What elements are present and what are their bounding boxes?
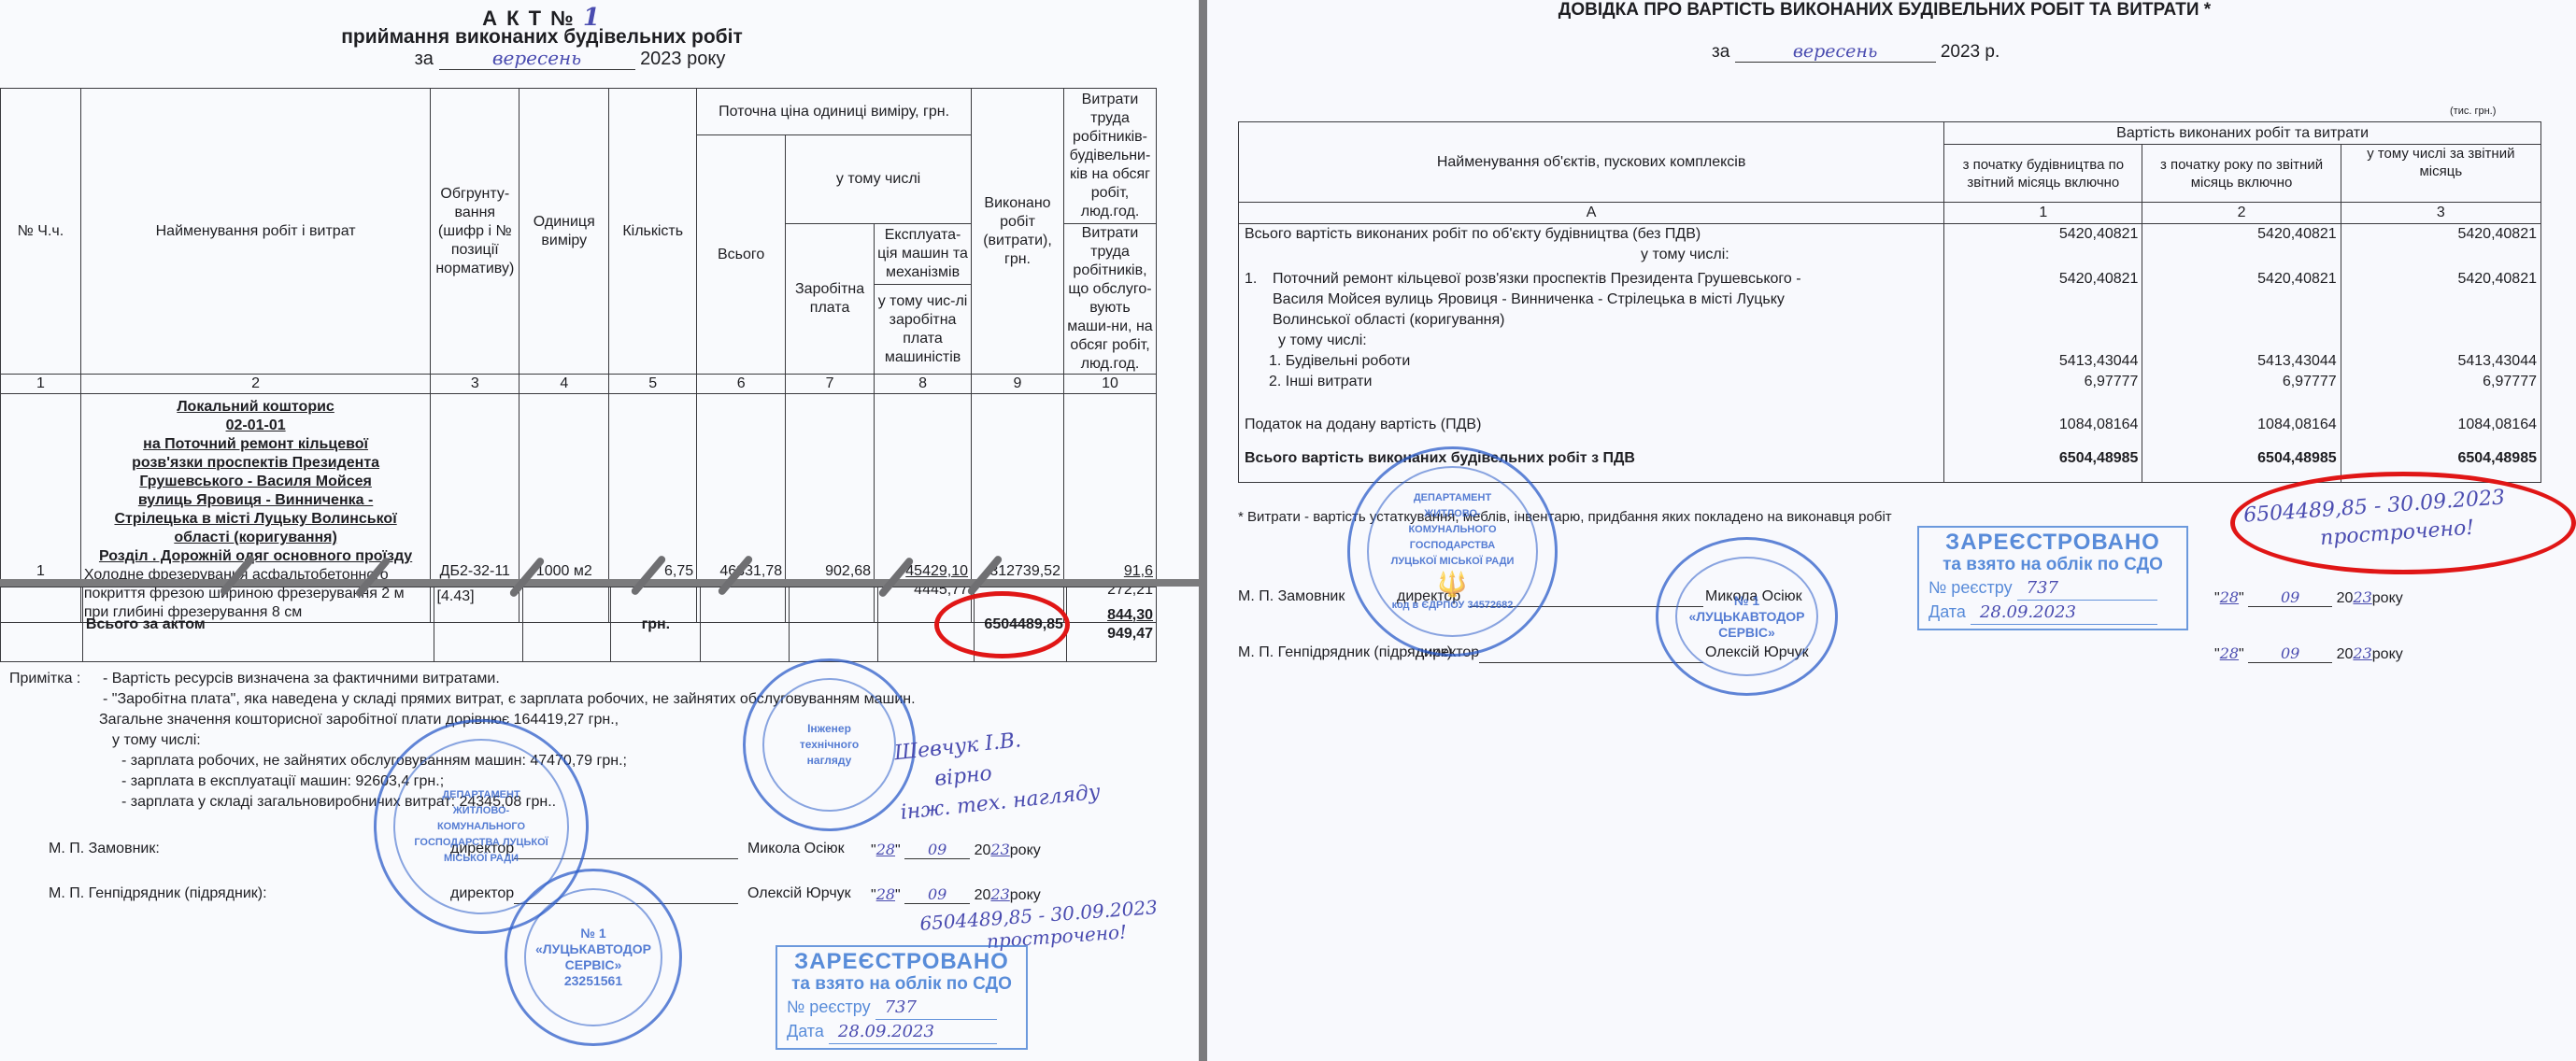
table-row: Податок на додану вартість (ПДВ) 1084,08… [1239, 392, 2541, 435]
row-name: Поточний ремонт кільцевої розв'язки прос… [1273, 269, 1833, 331]
signature-year: 23 [2353, 644, 2371, 662]
header-machines-wage: у тому чис-лі заробітна плата машиністів [875, 285, 972, 375]
registry-subtitle: та взято на облік по СДО [787, 973, 1017, 996]
year-suffix: року [2372, 590, 2403, 606]
row-labor-builders: 91,6 [1067, 562, 1153, 581]
notes-label: Примітка : [9, 669, 103, 689]
registry-title: ЗАРЕЄСТРОВАНО [1928, 531, 2177, 554]
company-stamp: № 1 «ЛУЦЬКАВТОДОР СЕРВІС» [1656, 537, 1838, 696]
colnum: 2 [2142, 203, 2341, 224]
period-suffix: 2023 року [640, 49, 725, 69]
registry-date: 28.09.2023 [1971, 601, 2157, 625]
colnum: 2 [80, 375, 430, 394]
registry-subtitle: та взято на облік по СДО [1928, 554, 2177, 576]
scan-divider-vertical [1199, 0, 1207, 1061]
year-suffix: року [1010, 842, 1041, 858]
row-v3: 5420,40821 [2341, 224, 2540, 246]
signature-month: 09 [904, 841, 970, 859]
signature-role: М. П. Генпідрядник (підрядник): [49, 885, 267, 902]
row-v1: 6504,48985 [1944, 435, 2142, 482]
total-code: [4.43] [434, 587, 523, 662]
signature-day: 28 [876, 841, 895, 858]
column-label-row: А 1 2 3 [1239, 203, 2541, 224]
row-name: 2. Інші витрати [1239, 372, 1944, 392]
row-name: у тому числі: [1239, 245, 1944, 265]
row-num: 1. [1245, 269, 1273, 290]
signature-day: 28 [2220, 644, 2239, 662]
colnum: 3 [2341, 203, 2540, 224]
row-v1: 5420,40821 [1944, 265, 2142, 331]
signature-name: Микола Осіюк [747, 841, 845, 857]
company-stamp-number: № 1 [1689, 593, 1805, 609]
estimate-heading: Локальний кошторис [84, 398, 427, 417]
total-labor-machines: 949,47 [1070, 625, 1153, 644]
row-name: Податок на додану вартість (ПДВ) [1239, 392, 1944, 435]
header-since-year: з початку року по звітний місяць включно [2142, 145, 2341, 203]
table-row: 2. Інші витрати 6,97777 6,97777 6,97777 [1239, 372, 2541, 392]
row-v2: 5413,43044 [2142, 351, 2341, 372]
signature-name: Олексій Юрчук [747, 885, 851, 902]
colnum: 6 [697, 375, 786, 394]
header-cost-group: Вартість виконаних робіт та витрати [1944, 122, 2541, 145]
engineer-stamp: Інженер технічного нагляду [743, 658, 916, 831]
registry-number-label: № реєстру [787, 997, 871, 1016]
header-total: Всього [697, 135, 786, 375]
table-row: у тому числі: [1239, 245, 2541, 265]
row-v1: 5420,40821 [1944, 224, 2142, 246]
total-unit: грн. [611, 587, 701, 662]
company-stamp: № 1 «ЛУЦЬКАВТОДОР СЕРВІС» 23251561 [505, 869, 682, 1046]
highlight-circle [934, 591, 1070, 658]
company-stamp-name: «ЛУЦЬКАВТОДОР [535, 941, 651, 957]
act-table: № Ч.ч. Найменування робіт і витрат Обгру… [0, 88, 1157, 623]
total-labor-builders: 844,30 [1070, 606, 1153, 625]
company-stamp-number: № 1 [535, 926, 651, 941]
colnum: 4 [519, 375, 609, 394]
colnum: 10 [1063, 375, 1156, 394]
signature-month: 09 [2248, 644, 2332, 663]
colnum: 7 [786, 375, 875, 394]
cost-certificate-document: ДОВІДКА ПРО ВАРТІСТЬ ВИКОНАНИХ БУДІВЕЛЬН… [1207, 0, 2576, 1061]
row-v2: 5420,40821 [2142, 265, 2341, 331]
signature-month: 09 [904, 885, 970, 904]
signature-year: 23 [990, 841, 1009, 858]
act-period: за вересень 2023 року [374, 47, 766, 70]
colnum: 9 [972, 375, 1064, 394]
row-name: Всього вартість виконаних будівельних ро… [1239, 435, 1944, 482]
year-suffix: року [2372, 646, 2403, 662]
registry-title: ЗАРЕЄСТРОВАНО [787, 951, 1017, 973]
header-incl-group: у тому числі [786, 135, 972, 224]
header-month: у тому числі за звітний місяць [2341, 145, 2540, 203]
header-since-start: з початку будівництва по звітний місяць … [1944, 145, 2142, 203]
note-line: - "Заробітна плата", яка наведена у скла… [9, 689, 1159, 710]
signature-year: 23 [990, 885, 1009, 903]
colnum: 1 [1, 375, 81, 394]
registry-number: 737 [2017, 577, 2157, 601]
signature-month: 09 [2248, 588, 2332, 607]
header-wage: Заробітна плата [786, 224, 875, 375]
year-prefix: 20 [975, 887, 991, 903]
year-prefix: 20 [2337, 590, 2354, 606]
signature-customer: М. П. Замовник: директор Микола Осіюк "2… [49, 841, 1151, 861]
row-v3: 6,97777 [2341, 372, 2540, 392]
note-line: - Вартість ресурсів визначена за фактичн… [103, 671, 500, 686]
row-v3: 5413,43044 [2341, 351, 2540, 372]
row-v3: 5420,40821 [2341, 265, 2540, 331]
row-v1: 1084,08164 [1944, 392, 2142, 435]
colnum: 1 [1944, 203, 2142, 224]
units-label: (тис. грн.) [2450, 106, 2496, 117]
period-suffix: 2023 р. [1941, 42, 2000, 62]
act-document: А К Т № 1 приймання виконаних будівельни… [0, 0, 1199, 1061]
period-month: вересень [439, 47, 635, 70]
year-prefix: 20 [2337, 646, 2354, 662]
header-machines: Експлуата-ція машин та механізмів [875, 224, 972, 285]
registry-date-label: Дата [787, 1022, 824, 1040]
row-name: у тому числі: [1239, 331, 1944, 351]
certificate-title: ДОВІДКА ПРО ВАРТІСТЬ ВИКОНАНИХ БУДІВЕЛЬН… [1207, 0, 2562, 21]
certificate-table: Найменування об'єктів, пускових комплекс… [1238, 121, 2541, 483]
period-month: вересень [1735, 41, 1936, 63]
header-done: Виконано робіт (витрати), грн. [972, 89, 1064, 375]
year-prefix: 20 [975, 842, 991, 858]
scan-divider-horizontal [0, 579, 1199, 587]
estimate-object: на Поточний ремонт кільцевої розв'язки п… [84, 435, 427, 547]
year-suffix: року [1010, 887, 1041, 903]
engineer-stamp-text: Інженер технічного нагляду [746, 687, 913, 802]
note-line: Загальне значення кошторисної заробітної… [9, 710, 1159, 730]
table-row: 1. Будівельні роботи 5413,43044 5413,430… [1239, 351, 2541, 372]
header-unit: Одиниця виміру [519, 89, 609, 375]
row-name: Всього вартість виконаних робіт по об'єк… [1239, 224, 1944, 246]
registry-number: 737 [875, 997, 997, 1020]
total-label: Всього за актом [82, 587, 434, 662]
header-price-group: Поточна ціна одиниці виміру, грн. [697, 89, 972, 135]
row-v1: 5413,43044 [1944, 351, 2142, 372]
company-stamp-name2: СЕРВІС» [1689, 625, 1805, 641]
header-labor-machines: Витрати труда робітників, що обслуго-вую… [1063, 224, 1156, 375]
trident-icon: 🔱 [1386, 570, 1519, 598]
header-qty: Кількість [609, 89, 697, 375]
header-name: Найменування робіт і витрат [80, 89, 430, 375]
colnum: 8 [875, 375, 972, 394]
period-prefix: за [1712, 42, 1729, 62]
table-row: у тому числі: [1239, 331, 2541, 351]
department-stamp-text: ДЕПАРТАМЕНТ ЖИТЛОВО-КОМУНАЛЬНОГО ГОСПОДА… [1386, 490, 1519, 570]
colnum: 3 [431, 375, 519, 394]
department-stamp-code: код в ЄДРПОУ 34572682 [1386, 598, 1519, 614]
signature-role: М. П. Замовник [1238, 588, 1345, 605]
column-number-row: 1 2 3 4 5 6 7 8 9 10 [1, 375, 1157, 394]
company-stamp-code: 23251561 [535, 973, 651, 989]
certificate-period: за вересень 2023 р. [1712, 41, 2179, 63]
registry-stamp: ЗАРЕЄСТРОВАНО та взято на облік по СДО №… [1917, 526, 2188, 630]
registry-date: 28.09.2023 [829, 1021, 997, 1044]
registry-date-label: Дата [1928, 602, 1966, 621]
signature-day: 28 [876, 885, 895, 903]
header-code: Обгрунту-вання (шифр і № позиції нормати… [431, 89, 519, 375]
estimate-code: 02-01-01 [84, 417, 427, 435]
signature-year: 23 [2353, 588, 2371, 606]
row-v2: 5420,40821 [2142, 224, 2341, 246]
signature-role: М. П. Замовник: [49, 841, 160, 857]
registry-number-label: № реєстру [1928, 578, 2013, 597]
row-v2: 1084,08164 [2142, 392, 2341, 435]
estimate-section: Розділ . Дорожній одяг основного проїзду [84, 547, 427, 566]
row-v2: 6,97777 [2142, 372, 2341, 392]
row-v3: 1084,08164 [2341, 392, 2540, 435]
highlight-circle [2230, 472, 2576, 574]
period-prefix: за [415, 49, 434, 69]
table-row: Всього вартість виконаних робіт по об'єк… [1239, 224, 2541, 246]
row-v2: 6504,48985 [2142, 435, 2341, 482]
header-num: № Ч.ч. [1, 89, 81, 375]
act-subtitle: приймання виконаних будівельних робіт [280, 26, 804, 49]
department-stamp: ДЕПАРТАМЕНТ ЖИТЛОВО-КОМУНАЛЬНОГО ГОСПОДА… [1347, 446, 1558, 657]
header-labor-builders: Витрати труда робітників-будівельни-ків … [1063, 89, 1156, 224]
header-object-name: Найменування об'єктів, пускових комплекс… [1239, 122, 1944, 203]
colnum: 5 [609, 375, 697, 394]
colnum: А [1239, 203, 1944, 224]
signature-day: 28 [2220, 588, 2239, 606]
row-name: 1. Будівельні роботи [1239, 351, 1944, 372]
company-stamp-name2: СЕРВІС» [535, 957, 651, 973]
registry-stamp: ЗАРЕЄСТРОВАНО та взято на облік по СДО №… [776, 945, 1028, 1050]
row-v1: 6,97777 [1944, 372, 2142, 392]
company-stamp-name: «ЛУЦЬКАВТОДОР [1689, 609, 1805, 625]
table-row: 1.Поточний ремонт кільцевої розв'язки пр… [1239, 265, 2541, 331]
footnote: * Витрати - вартість устаткування, меблі… [1238, 509, 1892, 525]
